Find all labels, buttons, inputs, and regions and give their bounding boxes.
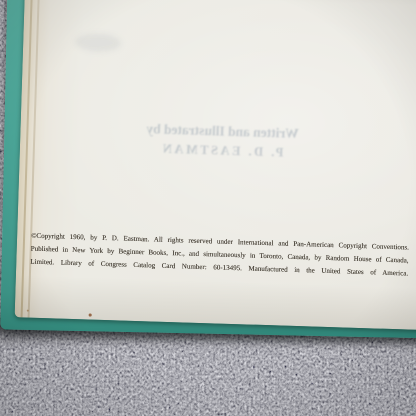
paper-speck — [89, 313, 92, 316]
photo-of-book-copyright-page: Written and Illustrated by P. D. EASTMAN… — [0, 0, 416, 416]
book: Written and Illustrated by P. D. EASTMAN… — [0, 0, 416, 416]
paper-speck — [27, 310, 29, 312]
book-page: Written and Illustrated by P. D. EASTMAN… — [15, 0, 416, 331]
ink-show-through-smudge — [75, 33, 122, 52]
show-through-text-mirrored: Written and Illustrated by P. D. EASTMAN — [72, 117, 373, 164]
copyright-text-block: ©Copyright 1960, by P. D. Eastman. All r… — [30, 230, 409, 281]
